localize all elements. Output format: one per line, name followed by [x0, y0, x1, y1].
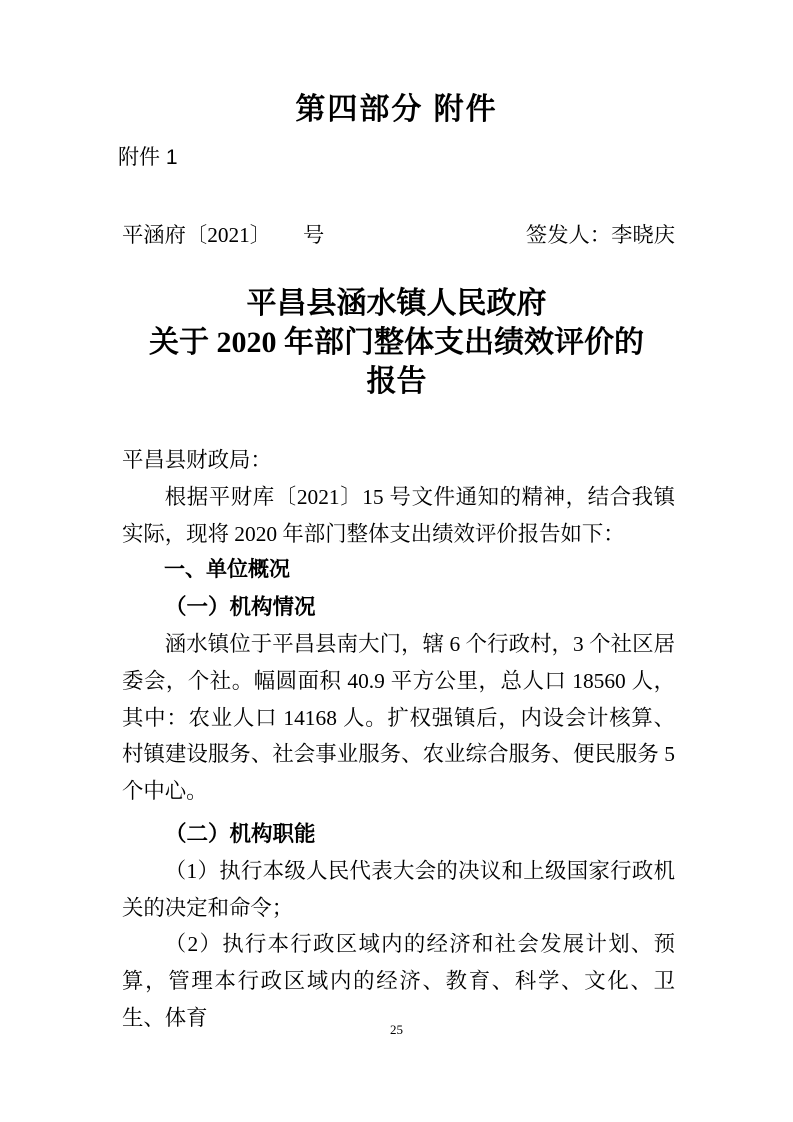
org-overview-paragraph: 涵水镇位于平昌县南大门，辖 6 个行政村，3 个社区居委会，个社。幅圆面积 40…	[122, 626, 675, 810]
main-title-line-1: 平昌县涵水镇人民政府	[0, 284, 793, 323]
doc-number-row: 平涵府〔2021〕 号 签发人：李晓庆	[122, 221, 675, 249]
function-item-1: （1）执行本级人民代表大会的决议和上级国家行政机关的决定和命令；	[122, 853, 675, 927]
part-title: 第四部分 附件	[0, 92, 793, 128]
page-number: 25	[0, 1021, 793, 1039]
issuer-name: 签发人：李晓庆	[526, 221, 675, 249]
section-heading-1: 一、单位概况	[122, 552, 675, 589]
document-page: 第四部分 附件 附件 1 平涵府〔2021〕 号 签发人：李晓庆 平昌县涵水镇人…	[0, 0, 793, 1122]
document-body: 平昌县财政局： 根据平财库〔2021〕15 号文件通知的精神，结合我镇实际，现将…	[122, 442, 675, 1037]
subsection-heading-1: （一）机构情况	[122, 589, 675, 626]
doc-number: 平涵府〔2021〕 号	[122, 221, 324, 249]
main-title-line-2: 关于 2020 年部门整体支出绩效评价的	[0, 323, 793, 362]
intro-paragraph: 根据平财库〔2021〕15 号文件通知的精神，结合我镇实际，现将 2020 年部…	[122, 479, 675, 553]
main-title: 平昌县涵水镇人民政府 关于 2020 年部门整体支出绩效评价的 报告	[0, 284, 793, 401]
subsection-heading-2: （二）机构职能	[122, 816, 675, 853]
recipient-line: 平昌县财政局：	[122, 442, 675, 479]
attachment-label: 附件 1	[118, 144, 178, 172]
main-title-line-3: 报告	[0, 362, 793, 401]
